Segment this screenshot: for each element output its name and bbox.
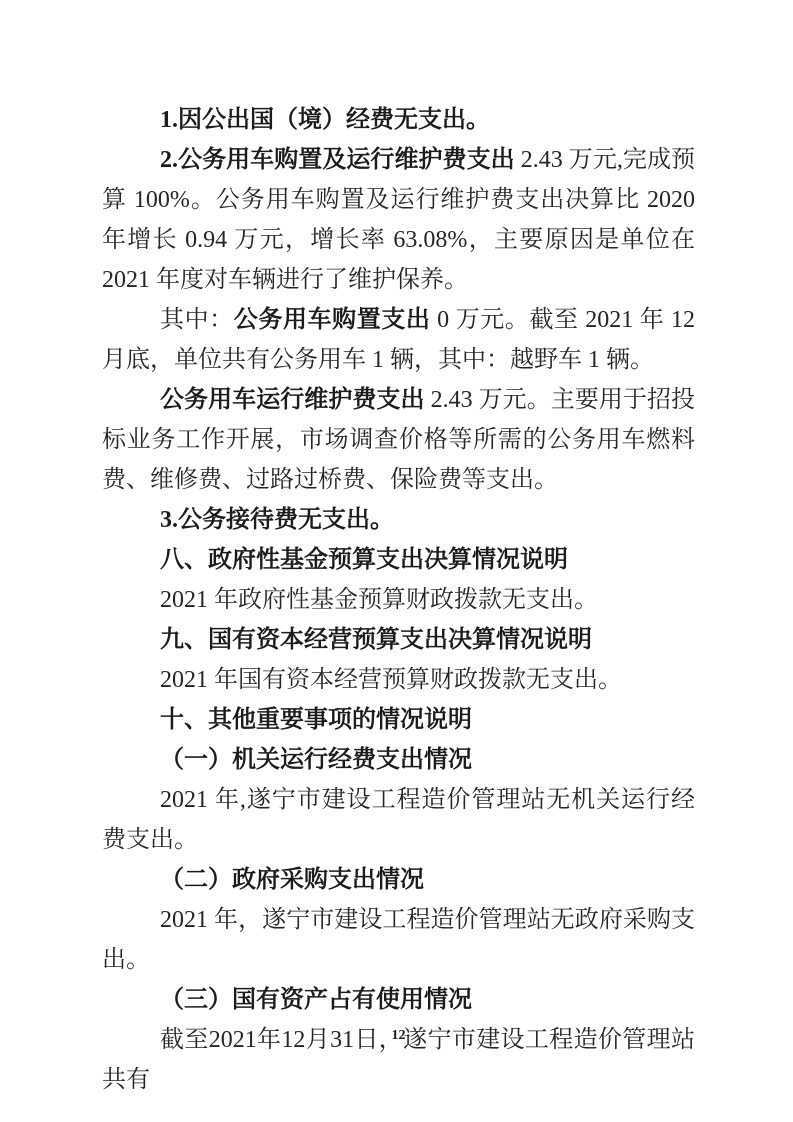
page-body: 1.因公出国（境）经费无支出。2.公务用车购置及运行维护费支出 2.43 万元,… [102,100,695,1100]
paragraph: 2021 年政府性基金预算财政拨款无支出。 [102,580,695,620]
text-run: 其中： [160,307,234,333]
text-run: 十、其他重要事项的情况说明 [160,706,472,733]
paragraph: 3.公务接待费无支出。 [102,500,695,540]
paragraph: 2021 年,遂宁市建设工程造价管理站无机关运行经费支出。 [102,780,695,860]
paragraph: 2.公务用车购置及运行维护费支出 2.43 万元,完成预算 100%。公务用车购… [102,140,695,300]
section-heading: 十、其他重要事项的情况说明 [102,700,695,740]
text-run: 3.公务接待费无支出。 [160,507,394,533]
text-run: 八、政府性基金预算支出决算情况说明 [160,546,568,573]
paragraph: 1.因公出国（境）经费无支出。 [102,100,695,140]
text-run: 2021 年,遂宁市建设工程造价管理站无机关运行经费支出。 [102,787,695,853]
paragraph: 2021 年，遂宁市建设工程造价管理站无政府采购支出。 [102,900,695,980]
text-run: 公务用车购置支出 [234,307,431,333]
paragraph: 其中：公务用车购置支出 0 万元。截至 2021 年 12 月底，单位共有公务用… [102,300,695,380]
text-run: 2021 年，遂宁市建设工程造价管理站无政府采购支出。 [102,907,695,973]
paragraph: 2021 年国有资本经营预算财政拨款无支出。 [102,660,695,700]
text-run: 2021 年国有资本经营预算财政拨款无支出。 [160,667,622,693]
paragraph: 公务用车运行维护费支出 2.43 万元。主要用于招投标业务工作开展，市场调查价格… [102,380,695,500]
subsection-heading: （二）政府采购支出情况 [102,860,695,900]
text-run: （二）政府采购支出情况 [160,867,424,893]
section-heading: 九、国有资本经营预算支出决算情况说明 [102,620,695,660]
section-heading: 八、政府性基金预算支出决算情况说明 [102,540,695,580]
text-run: （一）机关运行经费支出情况 [160,747,472,773]
document-page: 1.因公出国（境）经费无支出。2.公务用车购置及运行维护费支出 2.43 万元,… [0,0,793,1122]
text-run: （三）国有资产占有使用情况 [160,987,472,1013]
subsection-heading: （一）机关运行经费支出情况 [102,740,695,780]
text-run: 九、国有资本经营预算支出决算情况说明 [160,626,592,653]
text-run: 2021 年政府性基金预算财政拨款无支出。 [160,587,598,613]
text-run: 公务用车运行维护费支出 [160,387,425,413]
page-number: 12 [102,1026,695,1046]
subsection-heading: （三）国有资产占有使用情况 [102,980,695,1020]
text-run: 2.公务用车购置及运行维护费支出 [160,147,515,173]
text-run: 1.因公出国（境）经费无支出。 [160,107,490,133]
